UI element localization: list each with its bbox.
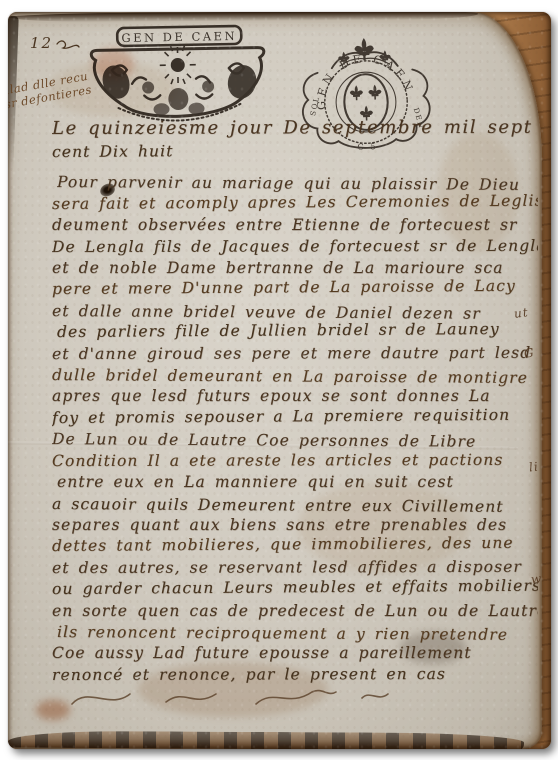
underpage-fragment: G — [523, 345, 535, 360]
page-bottom-edge — [8, 731, 524, 749]
stamp-banner-text: GEN DE CAEN — [121, 29, 237, 45]
manuscript-line: entre eux en La manniere qui en suit ces… — [57, 472, 538, 493]
manuscript-line: Condition Il a ete areste les articles e… — [52, 449, 538, 472]
underpage-fragment: ut — [513, 305, 529, 321]
photo-canvas: ut G li w — [0, 0, 558, 760]
sun-icon — [159, 46, 196, 85]
manuscript-line: des parliers fille de Jullien bridel sr … — [57, 319, 538, 344]
manuscript-line: ou garder chacun Leurs meubles et effait… — [52, 576, 538, 601]
manuscript-line: ils renoncent reciproquement a y rien pr… — [57, 622, 538, 646]
page-number: 12 — [30, 34, 81, 52]
underpage-fragment: w — [530, 571, 543, 586]
photo-frame: ut G li w — [8, 12, 551, 749]
manuscript-line: foy et promis sepouser a La premiere req… — [52, 404, 538, 429]
manuscript-text: Le quinzeiesme jour De septembre mil sep… — [52, 116, 538, 686]
manuscript-line: pere et mere D'unne part de La paroisse … — [52, 276, 538, 301]
manuscript-line: Coe aussy Lad future epousse a pareillem… — [52, 643, 538, 664]
manuscript-line: en sorte quen cas de predecest de Lun ou… — [52, 601, 538, 622]
manuscript-line: cent Dix huit — [52, 139, 538, 164]
manuscript-line: deument observées entre Etienne de forte… — [52, 215, 538, 236]
manuscript-line: renoncé et renonce, par le present en ca… — [52, 663, 538, 686]
paraphe-icon — [55, 34, 81, 52]
page-number-value: 12 — [30, 34, 53, 52]
flourish-icon — [66, 684, 396, 718]
manuscript-line: dettes tant mobilieres, que immobilieres… — [52, 533, 538, 558]
manuscript-line: sera fait et acomply apres Les Ceremonie… — [52, 190, 538, 215]
manuscript-line: et d'anne giroud ses pere et mere dautre… — [52, 342, 538, 365]
stamp-left-letters: SOL — [308, 95, 321, 117]
manuscript-line: a scauoir quils Demeurent entre eux Civi… — [52, 494, 538, 518]
manuscript-line: Le quinzeiesme jour De septembre mil sep… — [52, 115, 538, 142]
manuscript-line: dulle bridel demeurant en La paroisse de… — [52, 365, 538, 389]
manuscript-line: De Lengla fils de Jacques de fortecuest … — [52, 235, 538, 258]
underpage-fragment: li — [528, 459, 539, 474]
